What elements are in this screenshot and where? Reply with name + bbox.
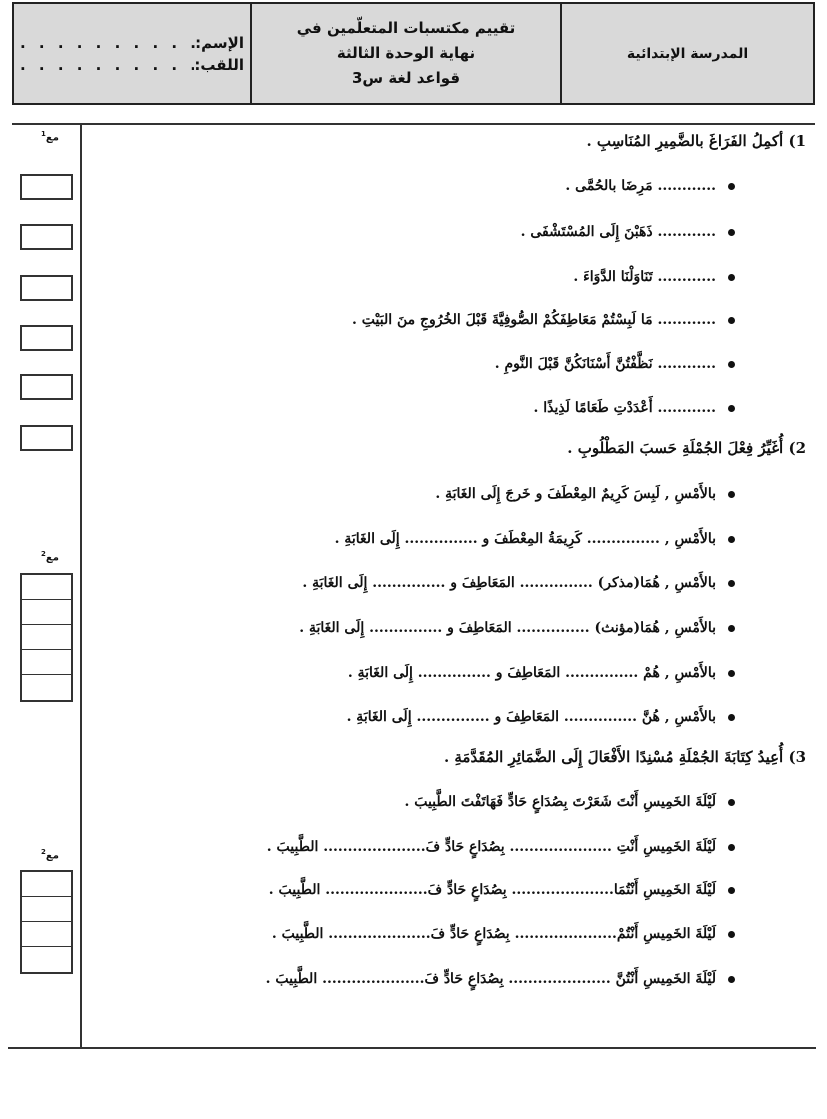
score-box-1-4[interactable]: [20, 325, 73, 351]
q1-item-4: ............ مَا لَبِسْتُمْ مَعَاطِفَكُم…: [352, 312, 735, 328]
q2-item-2: بالأَمْسِ , ............... كَرِيمَةُ ال…: [335, 531, 735, 547]
q3-item-4: لَيْلَةَ الخَمِيسِ أَنْتُمْ.............…: [272, 926, 735, 942]
q1-answer-4[interactable]: ............ مَا لَبِسْتُمْ مَعَاطِفَكُم…: [352, 312, 716, 328]
q1-answer-1[interactable]: ............ مَرِضَا بالحُمَّى .: [565, 178, 716, 194]
score-box-1-3[interactable]: [20, 275, 73, 301]
header-table: الإسم: . . . . . . . . . . . اللقب: . . …: [12, 2, 815, 105]
bullet-icon: [728, 405, 735, 412]
q2-item-3: بالأَمْسِ , هُمَا(مذكر) ............... …: [302, 575, 735, 591]
q3-answer-3[interactable]: لَيْلَةَ الخَمِيسِ أَنْتُمْ.............…: [272, 926, 716, 942]
q3-item-3: لَيْلَةَ الخَمِيسِ أَنْتُمَا............…: [269, 882, 735, 898]
surname-row: اللقب: . . . . . . . . . .: [20, 54, 244, 76]
exam-title-line-3: قواعد لغة س3: [352, 66, 460, 91]
score-box-1-6[interactable]: [20, 425, 73, 451]
exam-title-line-1: تقييم مكتسبات المتعلّمين في: [297, 16, 516, 41]
q1-item-6: ............ أَعْدَدْتِ طَعَامًا لَذِيذً…: [533, 400, 735, 416]
bullet-icon: [728, 625, 735, 632]
q2-example: بالأَمْسِ , لَبِسَ كَرِيمٌ المِعْطَفَ و …: [435, 486, 716, 502]
bullet-icon: [728, 844, 735, 851]
bullet-icon: [728, 274, 735, 281]
score-cell-2b-1[interactable]: [22, 872, 71, 897]
q2-answer-5[interactable]: بالأَمْسِ , هُنَّ ............... المَعَ…: [347, 709, 716, 725]
q3-item-2: لَيْلَةَ الخَمِيسِ أَنْتِ ..............…: [267, 839, 735, 855]
score-cell-2a-1[interactable]: [22, 575, 71, 600]
score-cell-2a-5[interactable]: [22, 675, 71, 700]
q2-answer-2[interactable]: بالأَمْسِ , هُمَا(مذكر) ............... …: [302, 575, 716, 591]
q1-answer-5[interactable]: ............ نَظَّفْتُنَّ أَسْنَانَكُنَّ…: [495, 356, 716, 372]
q2-answer-3[interactable]: بالأَمْسِ , هُمَا(مؤنث) ............... …: [299, 620, 716, 636]
q2-item-5: بالأَمْسِ , هُمْ ............... المَعَا…: [348, 665, 735, 681]
bullet-icon: [728, 361, 735, 368]
q1-item-1: ............ مَرِضَا بالحُمَّى .: [565, 178, 735, 194]
score-cell-2b-3[interactable]: [22, 922, 71, 947]
score-stack-2b: [20, 870, 73, 974]
q1-item-3: ............ تَنَاوَلْنَا الدَّوَاءَ .: [573, 269, 735, 285]
q3-answer-4[interactable]: لَيْلَةَ الخَمِيسِ أَنْتُنَّ ...........…: [266, 971, 716, 987]
score-box-1-5[interactable]: [20, 374, 73, 400]
bullet-icon: [728, 183, 735, 190]
score-cell-2a-4[interactable]: [22, 650, 71, 675]
question-2-instruction: أُغَيِّرُ فِعْلَ الجُمْلَةِ حَسبَ المَطْ…: [567, 439, 783, 457]
bullet-icon: [728, 317, 735, 324]
q3-item-1: لَيْلَةَ الخَمِيسِ أَنْتَ شَعَرْتَ بِصُد…: [404, 794, 735, 810]
q2-item-4: بالأَمْسِ , هُمَا(مؤنث) ............... …: [299, 620, 735, 636]
name-label: الإسم:: [195, 32, 244, 54]
top-divider: [12, 123, 815, 125]
q3-answer-2[interactable]: لَيْلَةَ الخَمِيسِ أَنْتُمَا............…: [269, 882, 716, 898]
surname-label: اللقب:: [194, 54, 244, 76]
name-row: الإسم: . . . . . . . . . . .: [20, 32, 244, 54]
q2-answer-1[interactable]: بالأَمْسِ , ............... كَرِيمَةُ ال…: [335, 531, 716, 547]
q1-answer-3[interactable]: ............ تَنَاوَلْنَا الدَّوَاءَ .: [573, 269, 716, 285]
q3-item-5: لَيْلَةَ الخَمِيسِ أَنْتُنَّ ...........…: [266, 971, 735, 987]
bullet-icon: [728, 931, 735, 938]
q2-item-1: بالأَمْسِ , لَبِسَ كَرِيمٌ المِعْطَفَ و …: [435, 486, 735, 502]
score-box-1-2[interactable]: [20, 224, 73, 250]
q1-item-5: ............ نَظَّفْتُنَّ أَسْنَانَكُنَّ…: [495, 356, 735, 372]
bullet-icon: [728, 491, 735, 498]
bullet-icon: [728, 670, 735, 677]
exam-title-cell: تقييم مكتسبات المتعلّمين في نهاية الوحدة…: [250, 4, 560, 103]
q2-answer-4[interactable]: بالأَمْسِ , هُمْ ............... المَعَا…: [348, 665, 716, 681]
q1-item-2: ............ ذَهَبْنَ إِلَى المُسْتَشْفَ…: [521, 224, 735, 240]
q1-answer-2[interactable]: ............ ذَهَبْنَ إِلَى المُسْتَشْفَ…: [521, 224, 716, 240]
question-3-instruction: أُعِيدُ كِتَابَةَ الجُمْلَةِ مُسْنِدًا ا…: [444, 748, 783, 766]
school-name: المدرسة الإبتدائية: [627, 46, 748, 62]
score-box-1-1[interactable]: [20, 174, 73, 200]
score-cell-2a-3[interactable]: [22, 625, 71, 650]
bullet-icon: [728, 976, 735, 983]
bullet-icon: [728, 799, 735, 806]
bullet-icon: [728, 714, 735, 721]
score-cell-2b-2[interactable]: [22, 897, 71, 922]
criterion-1-label: مع1: [22, 130, 78, 143]
q3-example: لَيْلَةَ الخَمِيسِ أَنْتَ شَعَرْتَ بِصُد…: [404, 794, 716, 810]
q3-answer-1[interactable]: لَيْلَةَ الخَمِيسِ أَنْتِ ..............…: [267, 839, 716, 855]
criterion-2-label-a: مع2: [22, 550, 78, 563]
student-info-cell: الإسم: . . . . . . . . . . . اللقب: . . …: [14, 4, 250, 103]
question-1-instruction: أكمِلُ الفَرَاغَ بالضَّمِيرِ المُنَاسِبِ…: [586, 132, 783, 150]
question-1-heading: 1) أكمِلُ الفَرَاغَ بالضَّمِيرِ المُنَاس…: [586, 132, 806, 150]
bullet-icon: [728, 887, 735, 894]
exam-content: 1) أكمِلُ الفَرَاغَ بالضَّمِيرِ المُنَاس…: [82, 126, 810, 1046]
question-3-heading: 3) أُعِيدُ كِتَابَةَ الجُمْلَةِ مُسْنِدً…: [444, 748, 806, 766]
bullet-icon: [728, 229, 735, 236]
score-stack-2a: [20, 573, 73, 702]
score-cell-2a-2[interactable]: [22, 600, 71, 625]
q2-item-6: بالأَمْسِ , هُنَّ ............... المَعَ…: [347, 709, 735, 725]
q1-answer-6[interactable]: ............ أَعْدَدْتِ طَعَامًا لَذِيذً…: [533, 400, 716, 416]
school-cell: المدرسة الإبتدائية: [560, 4, 813, 103]
question-2-heading: 2) أُغَيِّرُ فِعْلَ الجُمْلَةِ حَسبَ الم…: [567, 439, 806, 457]
bullet-icon: [728, 536, 735, 543]
bottom-divider: [8, 1047, 816, 1049]
surname-field[interactable]: . . . . . . . . . .: [20, 54, 194, 76]
bullet-icon: [728, 580, 735, 587]
criterion-2-label-b: مع2: [22, 848, 78, 861]
name-field[interactable]: . . . . . . . . . . .: [20, 32, 195, 54]
score-cell-2b-4[interactable]: [22, 947, 71, 972]
exam-title-line-2: نهاية الوحدة الثالثة: [337, 41, 475, 66]
